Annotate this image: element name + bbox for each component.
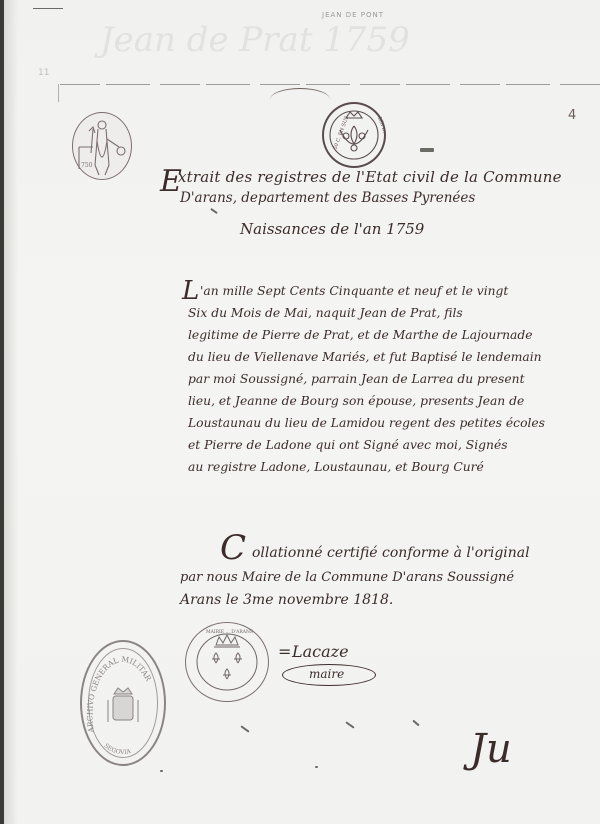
dust-speck	[420, 148, 434, 152]
body-line: par moi Soussigné, parrain Jean de Larre…	[188, 372, 525, 386]
svg-text:750: 750	[81, 162, 93, 169]
body-initial: L	[182, 276, 199, 306]
certification-line-1: ollationné certifié conforme à l'origina…	[252, 545, 530, 561]
top-tick-mark	[33, 8, 63, 9]
mayor-title: maire	[309, 667, 344, 681]
top-flourish	[270, 88, 330, 111]
certification-initial: C	[220, 528, 246, 568]
body-line: et Pierre de Ladone qui ont Signé avec m…	[188, 438, 508, 452]
scan-shadow	[4, 0, 18, 824]
royal-seal-icon: MAIRIE ... D'ARANS	[185, 622, 269, 702]
document-page: JEAN DE PONT Jean de Prat 1759 11 4 750	[0, 0, 600, 824]
svg-text:MAIRIE ... D'ARANS: MAIRIE ... D'ARANS	[206, 629, 253, 635]
dust-speck	[160, 770, 163, 772]
dust-speck	[210, 208, 218, 214]
body-line: legitime de Pierre de Prat, et de Marthe…	[188, 328, 533, 342]
body-line: Loustaunau du lieu de Lamidou regent des…	[188, 416, 545, 430]
signature-prefix: =	[278, 642, 291, 661]
dust-speck	[315, 766, 318, 768]
body-line: au registre Ladone, Loustaunau, et Bourg…	[188, 460, 484, 474]
body-line: du lieu de Viellenave Mariés, et fut Bap…	[188, 350, 542, 364]
body-line: lieu, et Jeanne de Bourg son épouse, pre…	[188, 394, 524, 408]
page-number: 4	[568, 108, 576, 123]
archive-label: JEAN DE PONT	[322, 11, 384, 19]
bleed-through-text: Jean de Prat 1759	[100, 20, 500, 80]
header-rule	[60, 84, 600, 85]
body-line: Six du Mois de Mai, naquit Jean de Prat,…	[188, 306, 463, 320]
dust-speck	[412, 720, 419, 727]
title-line-3: Naissances de l'an 1759	[240, 220, 424, 238]
rule-bracket	[58, 84, 59, 102]
certification-line-3: Arans le 3me novembre 1818.	[180, 592, 393, 608]
archive-stamp-icon: ARCHIVO GENERAL MILITAR SEGOVIA	[80, 640, 166, 766]
mayor-title-oval: maire	[282, 664, 376, 686]
certification-line-2: par nous Maire de la Commune D'arans Sou…	[180, 570, 514, 585]
final-paraph-signature: Ju	[470, 726, 512, 772]
body-line: 'an mille Sept Cents Cinquante et neuf e…	[200, 284, 508, 298]
dust-speck	[240, 725, 249, 732]
allegory-seal-icon: 750	[72, 112, 132, 180]
title-line-1: xtrait des registres de l'Etat civil de …	[178, 168, 562, 186]
svg-text:SEGOVIA: SEGOVIA	[103, 742, 133, 756]
margin-mark: 11	[38, 68, 49, 78]
dust-speck	[345, 721, 354, 728]
tax-stamp-icon: 50 C. EN SUS LOI DE 1818	[322, 102, 386, 168]
title-line-2: D'arans, departement des Basses Pyrenées	[180, 190, 475, 206]
mayor-signature: Lacaze	[292, 642, 349, 661]
